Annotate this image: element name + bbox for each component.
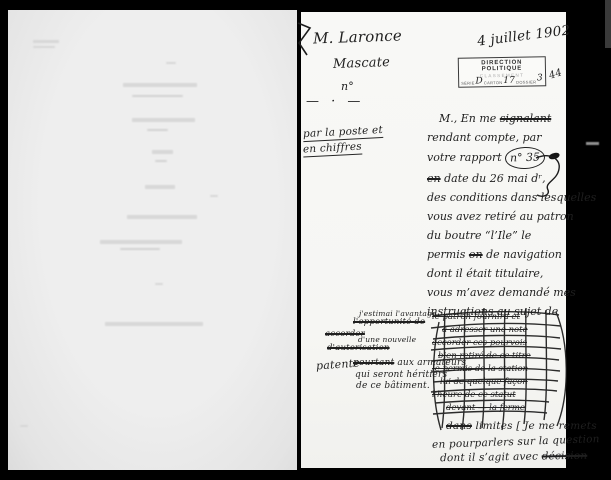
body-line: vous avez retiré au patron [427, 207, 569, 226]
ghost-text-line [20, 425, 28, 427]
stamp-serie-label: SÉRIE [461, 80, 475, 85]
ghost-text-line [152, 150, 173, 154]
ghost-text-line [132, 118, 195, 122]
struck-word: décision [542, 450, 588, 463]
scanned-document-view: M. Laronce Mascate n° — · — 4 juillet 19… [0, 0, 611, 480]
closing-line: dans limites [ Je me remets [446, 420, 597, 432]
crosshatch-deletion-strokes [429, 308, 569, 434]
stamp-title: DIRECTION POLITIQUE [461, 59, 543, 72]
edit-struck: l'opportunité de [353, 317, 425, 327]
ghost-underline [132, 95, 183, 97]
body-line: vous m’avez demandé mes [427, 283, 569, 302]
ghost-text-line [210, 195, 218, 197]
ghost-underline [155, 160, 167, 162]
body-line: du boutre “l’Ile” le [427, 226, 569, 245]
scan-artifact-dash [586, 142, 599, 145]
body-line: rendant compte, par [427, 128, 569, 147]
closing-line: en pourparlers sur la question [432, 433, 600, 451]
archive-stamp: DIRECTION POLITIQUE CLASSEMENT SÉRIE D C… [458, 56, 547, 88]
struck-word: en [427, 172, 441, 185]
separator-dash: — · — [306, 94, 364, 109]
ghost-text-line [127, 215, 197, 219]
body-line: dont il était titulaire, [427, 264, 569, 283]
margin-note-transmission: par la poste et [303, 124, 384, 142]
stamp-carton-label: CARTON [484, 80, 503, 85]
edit-struck: d'autorisation [327, 343, 390, 353]
left-page [8, 10, 297, 470]
body-line: M., En me signalant [427, 109, 569, 128]
struck-word: on [469, 248, 483, 261]
margin-note-line2: en chiffres [303, 140, 363, 157]
ghost-text-line [33, 46, 55, 48]
right-page: M. Laronce Mascate n° — · — 4 juillet 19… [301, 12, 566, 468]
stamp-dossier-label: DOSSIER [516, 79, 536, 84]
ghost-text-line [100, 240, 182, 244]
struck-word: signalant [500, 112, 551, 125]
stamp-classification-row: SÉRIE D CARTON 17 DOSSIER 3 [461, 77, 543, 85]
margin-note-cipher: en chiffres [303, 140, 363, 157]
ghost-text-line [105, 322, 203, 326]
scan-edge-artifact [605, 0, 611, 48]
ghost-underline [147, 129, 168, 131]
ghost-text-line [155, 283, 163, 285]
check-mark-icon [295, 17, 315, 59]
pen-loop-stroke [534, 152, 564, 200]
folio-number: 44 [548, 67, 564, 82]
date: 4 juillet 1902 [476, 22, 571, 49]
body-line: permis on de navigation [427, 245, 569, 264]
edit-line: de ce bâtiment. [356, 381, 430, 391]
ghost-title-line [123, 83, 197, 87]
recipient-name: M. Laronce [313, 26, 403, 47]
closing-line: dont il s’agit avec décision [440, 450, 587, 465]
ghost-text-line [145, 185, 175, 189]
stamp-dossier-value: 3 [537, 75, 543, 82]
stamp-carton-value: 17 [503, 78, 515, 85]
dispatch-number-label: n° [341, 80, 354, 93]
ghost-underline [120, 248, 160, 250]
ghost-text-line [33, 40, 59, 43]
ghost-text-line [166, 62, 176, 64]
stamp-serie-value: D [475, 78, 483, 85]
recipient-city: Mascate [333, 55, 391, 72]
body-paragraph: M., En me signalant rendant compte, par … [427, 109, 569, 321]
margin-note-line1: par la poste et [303, 124, 384, 142]
